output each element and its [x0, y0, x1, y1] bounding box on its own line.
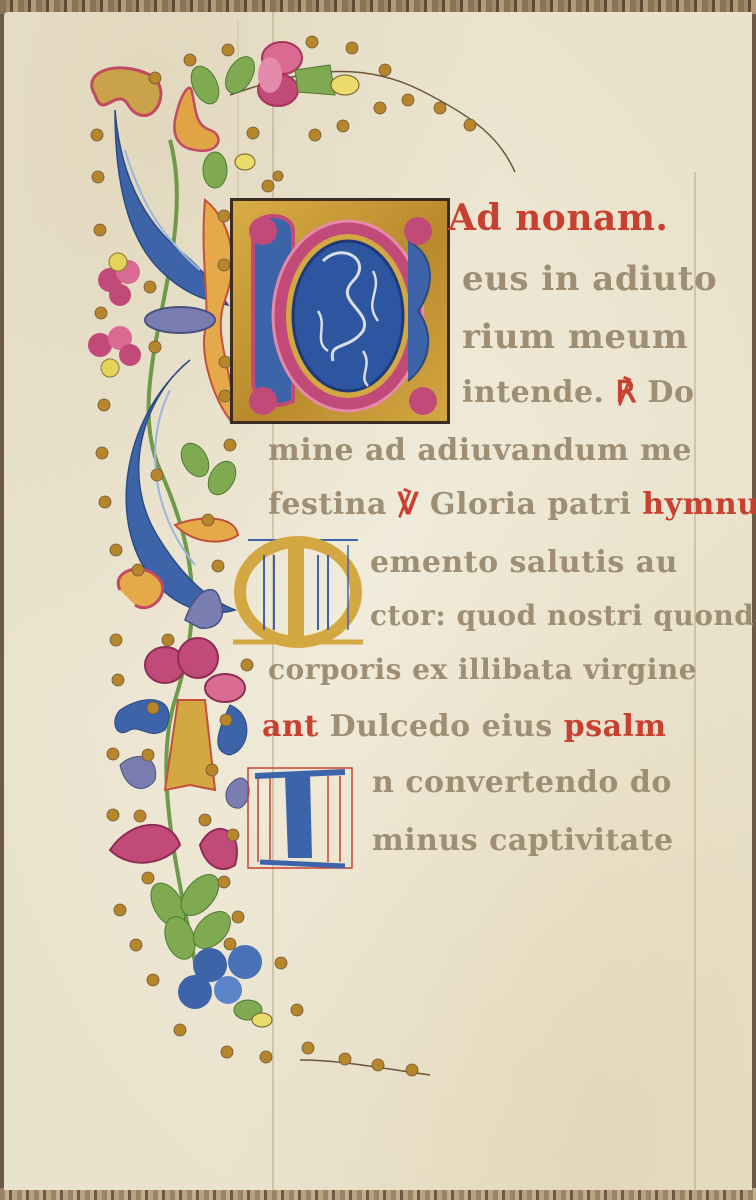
illuminated-initial-d [230, 198, 450, 424]
text-segment: mine ad adiuvandum me [268, 433, 692, 468]
text-line-6: emento salutis au [370, 548, 678, 578]
text-segment: corporis ex illibata virgine [268, 653, 697, 686]
text-line-10: n convertendo do [372, 768, 672, 798]
text-segment: Do [647, 375, 694, 410]
text-segment: festina [268, 487, 387, 522]
text-segment: Dulcedo eius [330, 709, 553, 744]
text-segment: n convertendo do [372, 765, 672, 800]
initial-i-icon [240, 758, 360, 878]
rubric-hymnus: hymnus [642, 487, 756, 522]
text-line-7: ctor: quod nostri quondam [370, 602, 756, 630]
initial-d-icon [233, 201, 447, 421]
text-line-1: eus in adiuto [462, 262, 717, 296]
text-segment: intende. [462, 375, 604, 410]
initial-m-icon [228, 530, 368, 654]
text-line-3: intende. ℟ Do [462, 378, 694, 408]
text-line-9: ant Dulcedo eius psalm [262, 712, 667, 742]
text-segment: Gloria patri [430, 487, 632, 522]
text-segment: minus captivitate [372, 823, 674, 858]
text-segment: rium meum [462, 317, 688, 357]
text-segment: eus in adiuto [462, 259, 717, 299]
illuminated-initial-i [240, 758, 360, 878]
response-mark: ℟ [615, 375, 636, 410]
text-line-11: minus captivitate [372, 826, 674, 856]
illuminated-initial-m [228, 530, 368, 654]
text-line-8: corporis ex illibata virgine [268, 656, 697, 684]
rubric-psalm: psalm [564, 709, 667, 744]
text-line-5: festina ℣ Gloria patri hymnus [268, 490, 756, 520]
text-line-2: rium meum [462, 320, 688, 354]
text-segment: ctor: quod nostri quondam [370, 599, 756, 632]
rubric-antiphon: ant [262, 709, 319, 744]
rubric-heading: Ad nonam. [448, 200, 668, 236]
ruling-line-top [237, 20, 239, 210]
versicle-mark: ℣ [398, 487, 419, 522]
text-line-4: mine ad adiuvandum me [268, 436, 692, 466]
text-segment: emento salutis au [370, 545, 678, 580]
